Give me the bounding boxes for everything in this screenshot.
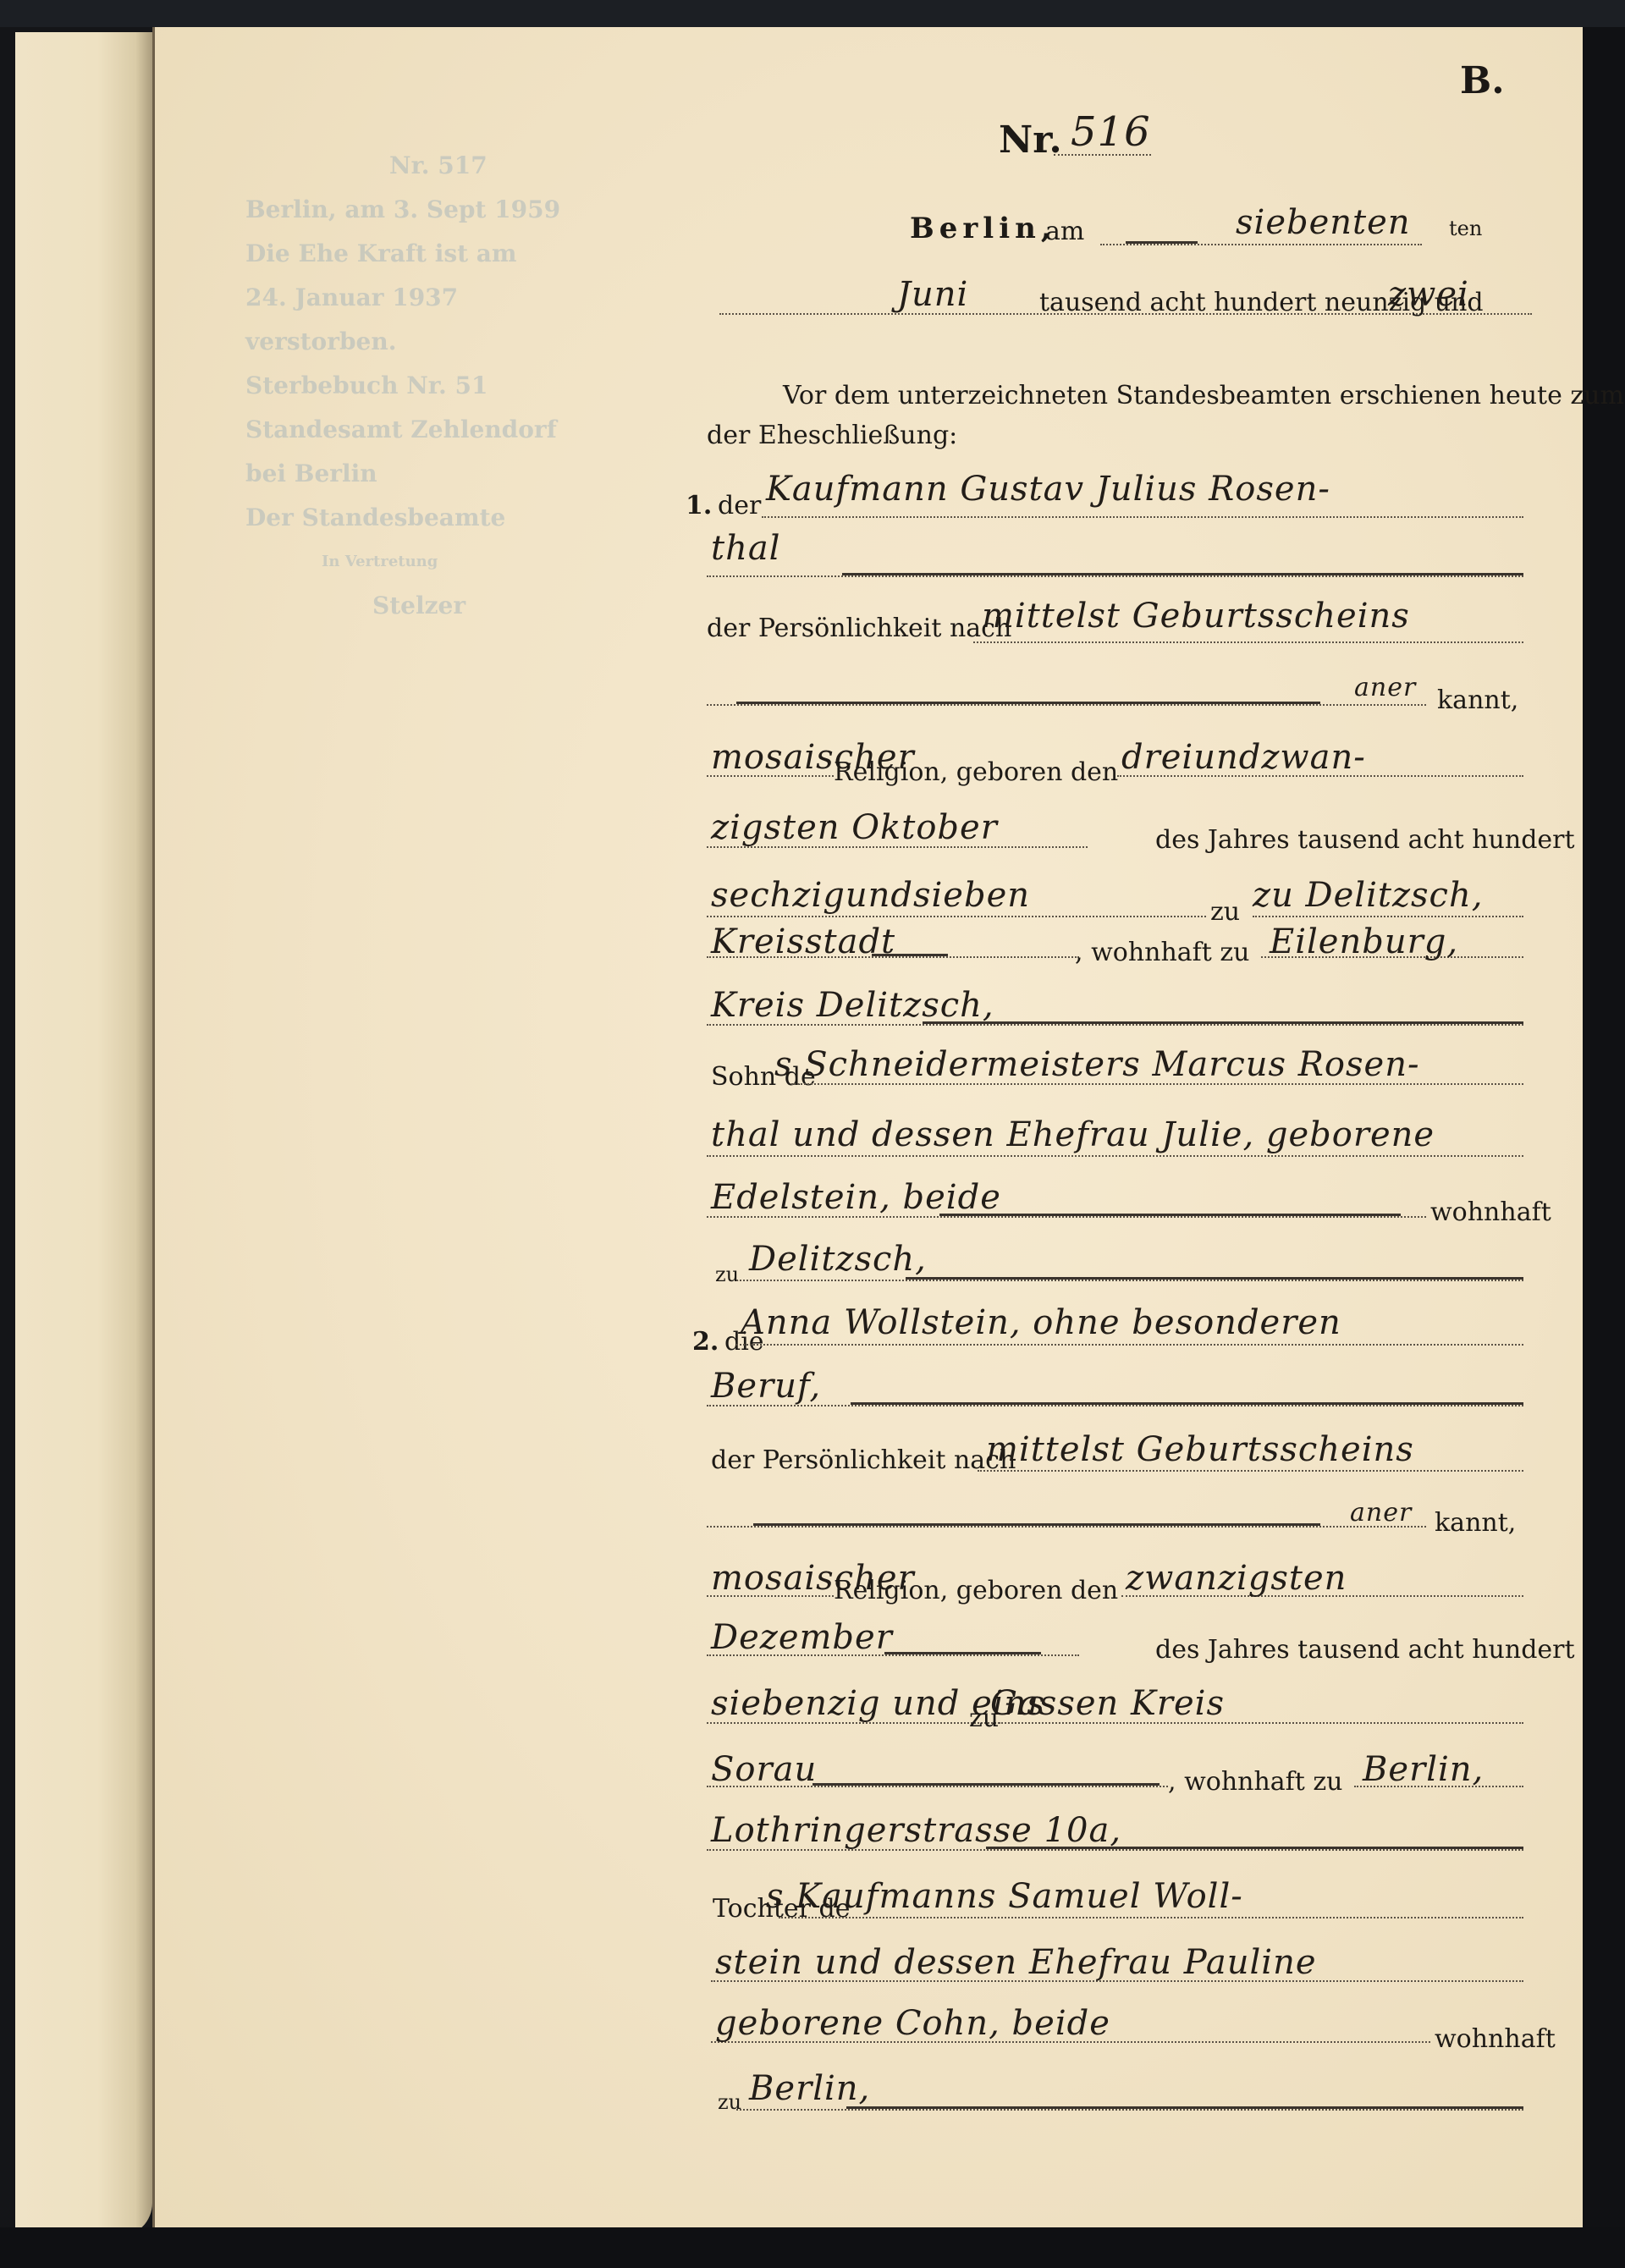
margin-note-line: bei Berlin (245, 452, 542, 496)
bride-name-rule (851, 1402, 1523, 1405)
bride-identity-label: der Persönlichkeit nach (711, 1445, 1016, 1475)
groom-birthday-hand: dreiundzwan- (1121, 738, 1366, 777)
groom-name-line-2 (707, 575, 1523, 577)
margin-note-line: Der Standesbeamte (245, 496, 542, 540)
bride-birthmonth-rule (884, 1652, 1041, 1654)
margin-note: Nr. 517 Berlin, am 3. Sept 1959 Die Ehe … (245, 144, 542, 628)
groom-birthyear-hand: sechzigundsieben (711, 876, 1030, 915)
bride-known-label: kannt, (1435, 1508, 1516, 1538)
city-label: Berlin, (910, 212, 1056, 245)
groom-birthplace2-hand: Kreisstadt (711, 922, 895, 961)
margin-note-line: Standesamt Zehlendorf (245, 408, 542, 452)
entry-number-value: 516 (1071, 108, 1151, 156)
facing-page-edge (15, 32, 152, 2237)
margin-note-line: 24. Januar 1937 (245, 276, 542, 320)
groom-known-rule (736, 702, 1320, 704)
groom-residence2-hand: Kreis Delitzsch, (711, 986, 994, 1025)
groom-parents-residence-label: wohnhaft (1430, 1197, 1551, 1227)
groom-zu-label: zu (1210, 897, 1240, 927)
scan-frame-right (1583, 27, 1625, 2268)
bride-birthplace-hand: Gassen Kreis (990, 1684, 1225, 1723)
groom-article: der (718, 491, 761, 520)
groom-residence-hand: Eilenburg, (1270, 922, 1458, 961)
bride-known-rule (753, 1523, 1320, 1526)
groom-parents-2: thal und dessen Ehefrau Julie, geborene (711, 1115, 1435, 1154)
bride-parents-residence-line (736, 2109, 1523, 2111)
bride-identity-hand: mittelst Geburtsscheins (986, 1430, 1414, 1469)
day-rule (1126, 241, 1198, 244)
groom-identity-hand: mittelst Geburtsscheins (982, 597, 1410, 636)
entry-number-label: Nr. (999, 118, 1062, 162)
groom-name-1: Kaufmann Gustav Julius Rosen- (766, 470, 1330, 509)
entry-number-line (1054, 154, 1151, 156)
bride-religion-label: Religion, geboren den (834, 1576, 1118, 1605)
form-variant-letter: B. (1460, 59, 1505, 102)
groom-birthplace-line (1253, 916, 1523, 917)
year-handwritten: zwei (1388, 275, 1469, 314)
bride-parents-residence-label: wohnhaft (1435, 2024, 1556, 2054)
groom-birthyear-label: des Jahres tausend acht hundert (1155, 825, 1575, 855)
book-gutter (152, 27, 155, 2227)
bride-known-hand: aner (1350, 1498, 1412, 1528)
margin-note-line: Stelzer (245, 584, 542, 628)
margin-note-line: Berlin, am 3. Sept 1959 (245, 188, 542, 232)
margin-note-line: verstorben. (245, 320, 542, 364)
groom-known-hand: aner (1354, 673, 1416, 702)
month-handwritten: Juni (897, 275, 968, 314)
bride-birthplace2-hand: Sorau (711, 1750, 817, 1789)
groom-birthplace-hand: zu Delitzsch, (1253, 876, 1483, 915)
groom-residence2-rule (923, 1021, 1523, 1024)
bride-name-line-2 (707, 1405, 1523, 1406)
bride-parents-3: geborene Cohn, beide (715, 2004, 1110, 2043)
bride-parents-line-1 (779, 1917, 1523, 1918)
margin-note-line: In Vertretung (245, 540, 542, 584)
bride-residence-label: , wohnhaft zu (1168, 1767, 1342, 1797)
groom-identity-label: der Persönlichkeit nach (707, 614, 1011, 643)
bride-birthyear-label: des Jahres tausend acht hundert (1155, 1635, 1575, 1665)
groom-residence-label: , wohnhaft zu (1075, 938, 1249, 967)
bride-name-line (736, 1344, 1523, 1346)
groom-parents-1: s Schneidermeisters Marcus Rosen- (774, 1045, 1419, 1084)
groom-parents-residence-line (736, 1280, 1523, 1281)
groom-birthmonth-hand: zigsten Oktober (711, 808, 998, 847)
groom-parents-3: Edelstein, beide (711, 1178, 1001, 1217)
intro-line-2: der Eheschließung: (707, 421, 957, 450)
bride-parents-residence-hand: Berlin, (749, 2069, 870, 2108)
groom-name-rule (842, 573, 1523, 575)
groom-known-line (707, 704, 1426, 706)
groom-parents-line-2 (707, 1155, 1523, 1157)
groom-parents-residence-hand: Delitzsch, (749, 1240, 927, 1279)
groom-parents-zu: zu (715, 1263, 739, 1286)
scan-frame-bottom (0, 2227, 1625, 2268)
groom-index: 1. (686, 491, 712, 520)
groom-parents-rule (939, 1214, 1401, 1216)
bride-identity-line (978, 1470, 1523, 1472)
groom-parents-residence-rule (906, 1277, 1523, 1280)
groom-identity-line (973, 641, 1523, 643)
intro-line-1: Vor dem unterzeichneten Standesbeamten e… (783, 381, 1625, 410)
bride-parents-2: stein und dessen Ehefrau Pauline (715, 1943, 1317, 1982)
bride-parents-residence-rule (846, 2106, 1523, 2109)
margin-note-line: Sterbebuch Nr. 51 (245, 364, 542, 408)
groom-known-label: kannt, (1437, 685, 1518, 715)
bride-name-1: Anna Wollstein, ohne besonderen (741, 1303, 1341, 1342)
bride-birthmonth-hand: Dezember (711, 1618, 893, 1657)
bride-known-line (707, 1526, 1426, 1528)
am-label: am (1045, 217, 1084, 246)
bride-birthplace2-rule (812, 1783, 1160, 1786)
bride-birthday-hand: zwanzigsten (1126, 1559, 1347, 1598)
groom-birthyear-line (707, 916, 1206, 917)
margin-note-line: Die Ehe Kraft ist am (245, 232, 542, 276)
scan-frame-top (0, 0, 1625, 27)
day-suffix: ten (1449, 217, 1482, 240)
day-line (1100, 244, 1422, 245)
groom-name-2: thal (711, 529, 780, 568)
bride-name-2: Beruf, (711, 1367, 821, 1406)
bride-parents-1: s Kaufmanns Samuel Woll- (766, 1877, 1243, 1916)
bride-residence-hand: Berlin, (1363, 1750, 1484, 1789)
groom-religion-label: Religion, geboren den (834, 757, 1118, 787)
bride-residence2-hand: Lothringerstrasse 10a, (711, 1811, 1121, 1850)
bride-index: 2. (692, 1327, 719, 1357)
margin-note-line: Nr. 517 (245, 144, 542, 188)
day-handwritten: siebenten (1236, 203, 1411, 242)
groom-name-line (762, 516, 1523, 518)
